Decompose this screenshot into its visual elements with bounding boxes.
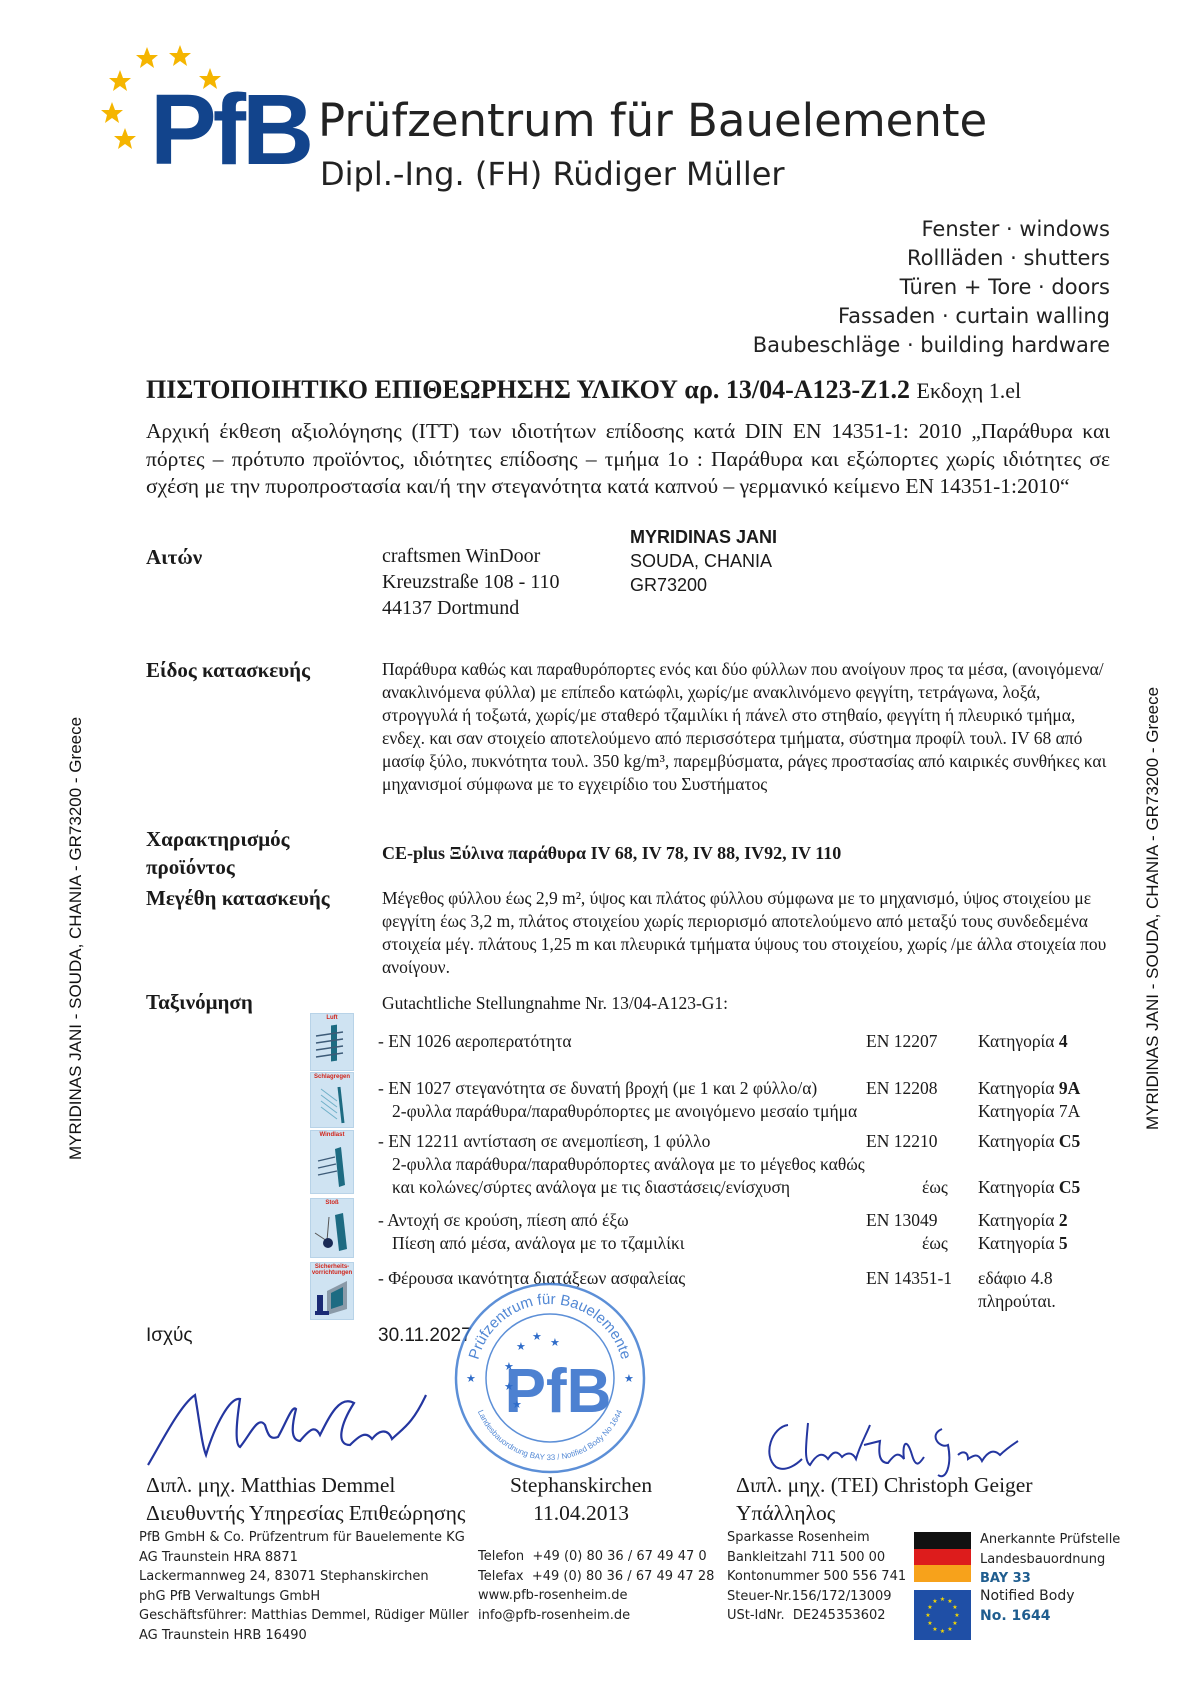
- official-stamp: Prüfzentrum für Bauelemente Landesbauord…: [452, 1280, 648, 1476]
- signer-right: Διπλ. μηχ. (TEI) Christoph Geiger Υπάλλη…: [736, 1471, 1033, 1527]
- classification-row-category: εδάφιο 4.8: [978, 1267, 1053, 1290]
- wind-load-icon: Windlast: [310, 1130, 354, 1194]
- classification-row-category: Κατηγορία 7A: [978, 1100, 1080, 1123]
- footer-line: Bankleitzahl 711 500 00: [727, 1548, 906, 1568]
- signer-name: Διπλ. μηχ. Matthias Demmel: [146, 1471, 465, 1499]
- product-label-line: προϊόντος: [146, 853, 290, 881]
- eu-flag-icon: ★★★ ★★★ ★★★ ★★★: [914, 1590, 971, 1640]
- service-item: Türen + Tore · doors: [753, 273, 1110, 302]
- classification-row-standard: EN 12210: [866, 1130, 937, 1153]
- footer-line: Kontonummer 500 556 741: [727, 1567, 906, 1587]
- issue-date: 11.04.2013: [510, 1499, 652, 1527]
- side-watermark-right: MYRIDINAS JANI - SOUDA, CHANIA - GR73200…: [1143, 687, 1163, 1130]
- classification-row-text: 2-φυλλα παράθυρα/παραθυρόπορτες με ανοιγ…: [392, 1100, 857, 1123]
- approved-testing-body: Anerkannte Prüfstelle Landesbauordnung B…: [980, 1530, 1120, 1589]
- signer-left: Διπλ. μηχ. Matthias Demmel Διευθυντής Υπ…: [146, 1471, 465, 1527]
- footer-line: AG Traunstein HRA 8871: [139, 1548, 469, 1568]
- safety-devices-icon: Sicherheits-vorrichtungen: [310, 1262, 354, 1320]
- svg-text:★: ★: [954, 1612, 959, 1619]
- footer-line: Geschäftsführer: Matthias Demmel, Rüdige…: [139, 1606, 469, 1626]
- svg-text:★: ★: [947, 1626, 952, 1633]
- logo-letters: PfB: [150, 80, 310, 180]
- side-watermark-left: MYRIDINAS JANI - SOUDA, CHANIA - GR73200…: [66, 717, 86, 1160]
- svg-text:★: ★: [940, 1628, 945, 1635]
- classification-label: Ταξινόμηση: [146, 990, 253, 1015]
- footer-line: USt-IdNr. DE245353602: [727, 1606, 906, 1626]
- signer-role: Διευθυντής Υπηρεσίας Επιθεώρησης: [146, 1499, 465, 1527]
- footer-line: Lackermannweg 24, 83071 Stephanskirchen: [139, 1567, 469, 1587]
- impact-icon: Stoß: [310, 1198, 354, 1258]
- classification-intro: Gutachtliche Stellungnahme Nr. 13/04-A12…: [382, 993, 728, 1014]
- classification-row-category: Κατηγορία 2: [978, 1209, 1068, 1232]
- svg-text:Prüfzentrum für Bauelemente: Prüfzentrum für Bauelemente: [466, 1291, 635, 1361]
- construction-label: Είδος κατασκευής: [146, 658, 310, 683]
- svg-text:★: ★: [550, 1336, 560, 1349]
- classification-row-category: Κατηγορία C5: [978, 1130, 1080, 1153]
- svg-text:★: ★: [932, 1598, 937, 1605]
- classification-row-category: Κατηγορία 9A: [978, 1077, 1080, 1100]
- classification-row-category: Κατηγορία 5: [978, 1232, 1068, 1255]
- company-name: Prüfzentrum für Bauelemente: [318, 98, 987, 143]
- classification-row-category: Κατηγορία 4: [978, 1030, 1068, 1053]
- client-line: GR73200: [630, 573, 777, 597]
- svg-text:★: ★: [927, 1604, 932, 1611]
- footer-email-link[interactable]: info@pfb-rosenheim.de: [478, 1606, 714, 1626]
- footer-bank-info: Sparkasse Rosenheim Bankleitzahl 711 500…: [727, 1528, 906, 1626]
- footer-line: phG PfB Verwaltungs GmbH: [139, 1587, 469, 1607]
- service-item: Fenster · windows: [753, 215, 1110, 244]
- place-and-date: Stephanskirchen 11.04.2013: [510, 1471, 652, 1527]
- air-permeability-icon: Luft: [310, 1013, 354, 1071]
- product-label-line: Χαρακτηρισμός: [146, 825, 290, 853]
- services-list: Fenster · windows Rollläden · shutters T…: [753, 215, 1110, 360]
- applicant-address: craftsmen WinDoor Kreuzstraße 108 - 110 …: [382, 543, 560, 621]
- svg-text:★: ★: [516, 1340, 526, 1353]
- address-line: craftsmen WinDoor: [382, 543, 560, 569]
- svg-text:★: ★: [932, 1626, 937, 1633]
- service-item: Fassaden · curtain walling: [753, 302, 1110, 331]
- certificate-title: ΠΙΣΤΟΠΟΙΗΤΙΚΟ ΕΠΙΘΕΩΡΗΣΗΣ ΥΛΙΚΟΥ αρ. 13/…: [146, 375, 1021, 405]
- footer-line: Sparkasse Rosenheim: [727, 1528, 906, 1548]
- client-line: SOUDA, CHANIA: [630, 549, 777, 573]
- construction-text: Παράθυρα καθώς και παραθυρόπορτες ενός κ…: [382, 658, 1107, 796]
- company-subtitle: Dipl.-Ing. (FH) Rüdiger Müller: [320, 158, 785, 190]
- product-label: Χαρακτηρισμός προϊόντος: [146, 825, 290, 881]
- classification-row-text: - EN 1027 στεγανότητα σε δυνατή βροχή (μ…: [378, 1077, 817, 1100]
- classification-row-standard: EN 12207: [866, 1030, 937, 1053]
- classification-row-text: 2-φυλλα παράθυρα/παραθυρόπορτες ανάλογα …: [392, 1153, 865, 1176]
- german-flag-icon: [914, 1532, 971, 1582]
- title-text: ΠΙΣΤΟΠΟΙΗΤΙΚΟ ΕΠΙΘΕΩΡΗΣΗΣ ΥΛΙΚΟΥ αρ. 13/…: [146, 375, 910, 404]
- classification-row-text: - EN 12211 αντίσταση σε ανεμοπίεση, 1 φύ…: [378, 1130, 710, 1153]
- svg-text:★: ★: [624, 1372, 634, 1385]
- applicant-label: Αιτών: [146, 545, 202, 570]
- footer-website-link[interactable]: www.pfb-rosenheim.de: [478, 1586, 714, 1606]
- classification-row-upto: έως: [922, 1232, 948, 1255]
- classification-row-text: - Αντοχή σε κρούση, πίεση από έξω: [378, 1209, 629, 1232]
- intro-paragraph: Αρχική έκθεση αξιολόγησης (ITT) των ιδιο…: [146, 418, 1110, 501]
- footer-line: Steuer-Nr.156/172/13009: [727, 1587, 906, 1607]
- svg-text:★: ★: [466, 1372, 476, 1385]
- address-line: 44137 Dortmund: [382, 595, 560, 621]
- footer-line: PfB GmbH & Co. Prüfzentrum für Bauelemen…: [139, 1528, 469, 1548]
- product-designation: CE-plus Ξύλινα παράθυρα IV 68, IV 78, IV…: [382, 843, 841, 864]
- bay-code: BAY 33: [980, 1569, 1120, 1589]
- signer-name: Διπλ. μηχ. (TEI) Christoph Geiger: [736, 1471, 1033, 1499]
- classification-row-standard: EN 14351-1: [866, 1267, 952, 1290]
- classification-row-upto: έως: [922, 1176, 948, 1199]
- signature-demmel: [140, 1385, 440, 1480]
- sizes-label: Μεγέθη κατασκευής: [146, 886, 330, 911]
- svg-text:★: ★: [940, 1596, 945, 1603]
- svg-text:★: ★: [532, 1330, 542, 1343]
- notified-body-number: No. 1644: [980, 1607, 1075, 1627]
- client-name: MYRIDINAS JANI: [630, 525, 777, 549]
- notified-body: Notified Body No. 1644: [980, 1587, 1075, 1626]
- service-item: Baubeschläge · building hardware: [753, 331, 1110, 360]
- classification-row-text: και κολώνες/σύρτες ανάλογα με τις διαστά…: [392, 1176, 790, 1199]
- svg-text:★: ★: [952, 1620, 957, 1627]
- classification-row-category: Κατηγορία C5: [978, 1176, 1080, 1199]
- service-item: Rollläden · shutters: [753, 244, 1110, 273]
- sizes-text: Μέγεθος φύλλου έως 2,9 m², ύψος και πλάτ…: [382, 887, 1107, 979]
- driving-rain-icon: Schlagregen: [310, 1072, 354, 1128]
- footer-company-info: PfB GmbH & Co. Prüfzentrum für Bauelemen…: [139, 1528, 469, 1645]
- place: Stephanskirchen: [510, 1471, 652, 1499]
- classification-row-text: - EN 1026 αεροπερατότητα: [378, 1030, 572, 1053]
- address-line: Kreuzstraße 108 - 110: [382, 569, 560, 595]
- pfb-seal-icon: Prüfzentrum für Bauelemente Landesbauord…: [452, 1280, 648, 1476]
- footer-phone: Telefon +49 (0) 80 36 / 67 49 47 0: [478, 1547, 714, 1567]
- classification-row-standard: EN 12208: [866, 1077, 937, 1100]
- footer-contact: Telefon +49 (0) 80 36 / 67 49 47 0 Telef…: [478, 1547, 714, 1625]
- classification-row-standard: EN 13049: [866, 1209, 937, 1232]
- edition-label: Εκδοχη 1.el: [917, 378, 1022, 403]
- svg-text:★: ★: [925, 1612, 930, 1619]
- svg-text:★: ★: [952, 1604, 957, 1611]
- footer-line: AG Traunstein HRB 16490: [139, 1626, 469, 1646]
- classification-row-text: Πίεση από μέσα, ανάλογα με το τζαμιλίκι: [392, 1232, 685, 1255]
- client-block: MYRIDINAS JANI SOUDA, CHANIA GR73200: [630, 525, 777, 597]
- svg-text:★: ★: [927, 1620, 932, 1627]
- classification-row-category: πληρούται.: [978, 1290, 1056, 1313]
- footer-fax: Telefax +49 (0) 80 36 / 67 49 47 28: [478, 1567, 714, 1587]
- signer-role: Υπάλληλος: [736, 1499, 1033, 1527]
- svg-text:PfB: PfB: [505, 1357, 612, 1426]
- validity-label: Ισχύς: [146, 1325, 193, 1347]
